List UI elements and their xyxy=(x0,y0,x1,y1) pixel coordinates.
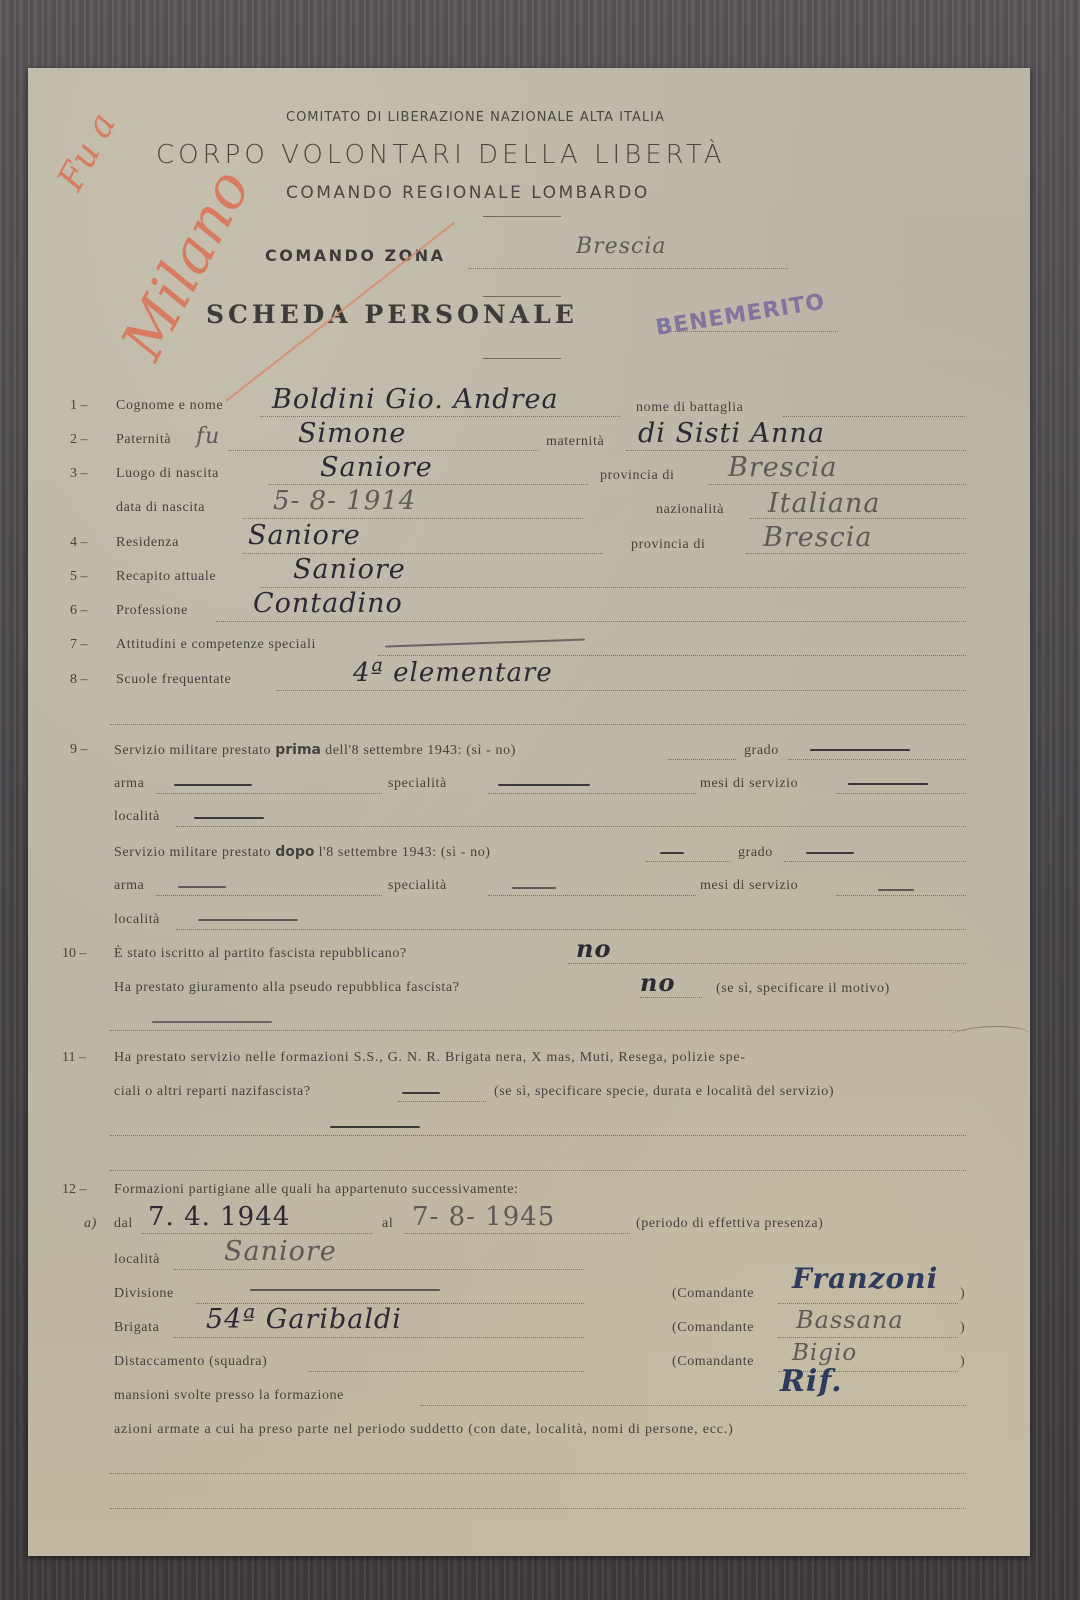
field-number: 3 – xyxy=(70,466,88,482)
red-note-line1: Fu a xyxy=(50,106,124,197)
to-value: 7- 8- 1945 xyxy=(412,1202,555,1232)
battle-name-line xyxy=(783,416,965,417)
close-paren: ) xyxy=(960,1354,965,1370)
military-after-question: Servizio militare prestato dopo l'8 sett… xyxy=(114,844,491,861)
military-after-location-line xyxy=(176,929,966,930)
field-number: 6 – xyxy=(70,603,88,619)
birth-province-line xyxy=(708,484,966,485)
profession-label: Professione xyxy=(116,603,188,619)
paternity-label: Paternità xyxy=(116,432,171,448)
brigade-line xyxy=(174,1337,584,1338)
to-line xyxy=(404,1233,630,1234)
oath-question: Ha prestato giuramento alla pseudo repub… xyxy=(114,980,460,996)
birthdate-value: 5- 8- 1914 xyxy=(273,486,416,516)
schools-extra-line xyxy=(110,724,966,725)
oath-answer-line xyxy=(640,997,702,998)
close-paren: ) xyxy=(960,1320,965,1336)
field-number: 4 – xyxy=(70,535,88,551)
divider xyxy=(483,216,561,217)
field-number: 10 – xyxy=(62,946,87,962)
military-after-months-line xyxy=(836,895,966,896)
paternity-value: Simone xyxy=(298,418,406,449)
nazifascist-answer-line xyxy=(398,1101,486,1102)
schools-label: Scuole frequentate xyxy=(116,672,231,688)
oath-extra-line xyxy=(110,1030,966,1031)
military-before-location-line xyxy=(176,826,966,827)
paternity-line xyxy=(228,450,538,451)
military-before-arm-line xyxy=(156,793,382,794)
residence-value: Saniore xyxy=(248,520,361,551)
military-after-answer-line xyxy=(646,861,730,862)
nazifascist-question-line2: ciali o altri reparti nazifascista? xyxy=(114,1084,311,1100)
header-regional-command: COMANDO REGIONALE LOMBARDO xyxy=(286,183,650,203)
location-dash xyxy=(198,919,298,921)
military-before-bold: prima xyxy=(275,742,321,758)
brigade-commander-value: Bassana xyxy=(796,1306,904,1334)
from-line xyxy=(142,1233,372,1234)
field-number: 1 – xyxy=(70,398,88,414)
paternity-prefix: fu xyxy=(196,424,220,449)
military-before-rank-line xyxy=(788,759,966,760)
division-label: Divisione xyxy=(114,1286,174,1302)
field-number: 5 – xyxy=(70,569,88,585)
field-number: 9 – xyxy=(70,742,88,758)
from-label: dal xyxy=(114,1216,133,1232)
military-after-location-label: località xyxy=(114,912,160,928)
oath-note: (se sì, specificare il motivo) xyxy=(716,981,890,997)
comando-zona-value: Brescia xyxy=(576,234,666,259)
fascist-party-question: È stato iscritto al partito fascista rep… xyxy=(114,946,407,962)
brigade-label: Brigata xyxy=(114,1320,159,1336)
division-commander-label: (Comandante xyxy=(672,1286,754,1302)
nazifascist-dash xyxy=(330,1126,420,1128)
field-number: 11 – xyxy=(62,1050,86,1066)
benemerito-stamp: BENEMERITO xyxy=(654,290,827,341)
nationality-value: Italiana xyxy=(768,488,880,519)
military-before-months-label: mesi di servizio xyxy=(700,776,798,792)
months-dash xyxy=(878,889,914,891)
partisan-location-line xyxy=(174,1269,584,1270)
military-after-specialty-line xyxy=(488,895,696,896)
maternity-value: di Sisti Anna xyxy=(638,418,825,449)
military-after-arm-label: arma xyxy=(114,878,144,894)
duties-line xyxy=(420,1405,966,1406)
maternity-label: maternità xyxy=(546,434,604,450)
armed-actions-line xyxy=(110,1473,966,1474)
form-title: SCHEDA PERSONALE xyxy=(206,300,578,329)
residence-province-value: Brescia xyxy=(763,522,872,553)
to-label: al xyxy=(382,1216,393,1232)
divider xyxy=(483,296,561,297)
fascist-party-line xyxy=(568,963,966,964)
birthdate-label: data di nascita xyxy=(116,500,205,516)
surname-name-line xyxy=(260,416,620,417)
residence-label: Residenza xyxy=(116,535,179,551)
brigade-commander-line xyxy=(778,1337,958,1338)
location-dash xyxy=(194,817,264,819)
red-note-line2: Milano xyxy=(108,158,264,369)
birth-province-label: provincia di xyxy=(600,468,674,484)
divider xyxy=(483,358,561,359)
current-address-value: Saniore xyxy=(293,554,406,585)
schools-line xyxy=(276,690,966,691)
partisan-location-label: località xyxy=(114,1252,160,1268)
profession-value: Contadino xyxy=(253,588,403,619)
surname-name-label: Cognome e nome xyxy=(116,398,223,414)
military-before-rank-label: grado xyxy=(744,743,779,759)
military-before-specialty-label: specialità xyxy=(388,776,447,792)
armed-actions-label: azioni armate a cui ha preso parte nel p… xyxy=(114,1422,734,1438)
header-corps-title: CORPO VOLONTARI DELLA LIBERTÀ xyxy=(156,140,726,170)
maternity-line xyxy=(626,450,966,451)
answer-dash xyxy=(402,1092,440,1094)
detachment-line xyxy=(308,1371,584,1372)
military-after-text-after: l'8 settembre 1943: (sì - no) xyxy=(319,845,491,860)
from-value: 7. 4. 1944 xyxy=(148,1202,290,1232)
military-after-text: Servizio militare prestato xyxy=(114,845,271,860)
specialty-dash xyxy=(512,887,556,889)
field-number: 7 – xyxy=(70,637,88,653)
military-before-text-after: dell'8 settembre 1943: (sì - no) xyxy=(325,743,516,758)
personal-record-form: COMITATO DI LIBERAZIONE NAZIONALE ALTA I… xyxy=(28,68,1030,1556)
birthplace-line xyxy=(268,484,588,485)
military-before-location-label: località xyxy=(114,809,160,825)
battle-name-label: nome di battaglia xyxy=(636,400,743,416)
nazifascist-extra-line xyxy=(110,1135,966,1136)
division-dash xyxy=(250,1289,440,1291)
current-address-label: Recapito attuale xyxy=(116,569,216,585)
comando-zona-line xyxy=(468,268,788,269)
header-committee: COMITATO DI LIBERAZIONE NAZIONALE ALTA I… xyxy=(286,110,665,125)
military-after-rank-line xyxy=(784,861,966,862)
partisan-location-value: Saniore xyxy=(224,1236,337,1267)
oath-dash xyxy=(152,1021,272,1023)
military-before-answer-line xyxy=(668,759,736,760)
profession-line xyxy=(216,621,966,622)
period-note: (periodo di effettiva presenza) xyxy=(636,1216,823,1232)
months-dash xyxy=(848,783,928,785)
item-a-label: a) xyxy=(84,1216,97,1232)
arm-dash xyxy=(174,784,252,786)
specialty-dash xyxy=(498,784,590,786)
military-before-months-line xyxy=(836,793,966,794)
oath-answer: no xyxy=(640,968,675,997)
military-before-text: Servizio militare prestato xyxy=(114,743,271,758)
skills-dash xyxy=(385,639,585,647)
military-after-months-label: mesi di servizio xyxy=(700,878,798,894)
rank-dash xyxy=(810,749,910,751)
surname-name-value: Boldini Gio. Andrea xyxy=(272,384,559,415)
brigade-value: 54ª Garibaldi xyxy=(206,1304,402,1335)
division-commander-value: Franzoni xyxy=(792,1262,938,1295)
detachment-label: Distaccamento (squadra) xyxy=(114,1354,267,1370)
armed-actions-line xyxy=(110,1508,966,1509)
skills-label: Attitudini e competenze speciali xyxy=(116,637,316,653)
arm-dash xyxy=(178,886,226,888)
partisan-title: Formazioni partigiane alle quali ha appa… xyxy=(114,1182,519,1198)
rank-dash xyxy=(806,852,854,854)
military-before-question: Servizio militare prestato prima dell'8 … xyxy=(114,742,516,759)
field-number: 12 – xyxy=(62,1182,87,1198)
skills-line xyxy=(378,655,966,656)
division-commander-line xyxy=(778,1303,958,1304)
nazifascist-question-line1: Ha prestato servizio nelle formazioni S.… xyxy=(114,1050,746,1066)
fascist-party-answer: no xyxy=(576,934,611,963)
schools-value: 4ª elementare xyxy=(353,658,553,688)
field-number: 8 – xyxy=(70,672,88,688)
military-after-specialty-label: specialità xyxy=(388,878,447,894)
paper-tear xyxy=(948,1026,1030,1047)
military-before-arm-label: arma xyxy=(114,776,144,792)
brigade-commander-label: (Comandante xyxy=(672,1320,754,1336)
field-number: 2 – xyxy=(70,432,88,448)
residence-province-line xyxy=(746,553,966,554)
duties-value: Rif. xyxy=(780,1364,843,1399)
close-paren: ) xyxy=(960,1286,965,1302)
birthplace-label: Luogo di nascita xyxy=(116,466,219,482)
nationality-label: nazionalità xyxy=(656,502,724,518)
nazifascist-extra-line xyxy=(110,1170,966,1171)
military-after-bold: dopo xyxy=(275,844,314,860)
military-before-specialty-line xyxy=(488,793,696,794)
military-after-rank-label: grado xyxy=(738,845,773,861)
answer-dash xyxy=(660,852,684,854)
detachment-commander-label: (Comandante xyxy=(672,1354,754,1370)
birthdate-line xyxy=(243,518,583,519)
military-after-arm-line xyxy=(156,895,382,896)
duties-label: mansioni svolte presso la formazione xyxy=(114,1388,344,1404)
birth-province-value: Brescia xyxy=(728,452,837,483)
residence-province-label: provincia di xyxy=(631,537,705,553)
birthplace-value: Saniore xyxy=(320,452,433,483)
detachment-commander-value: Bigio xyxy=(792,1340,857,1366)
nazifascist-note: (se sì, specificare specie, durata e loc… xyxy=(494,1084,834,1100)
